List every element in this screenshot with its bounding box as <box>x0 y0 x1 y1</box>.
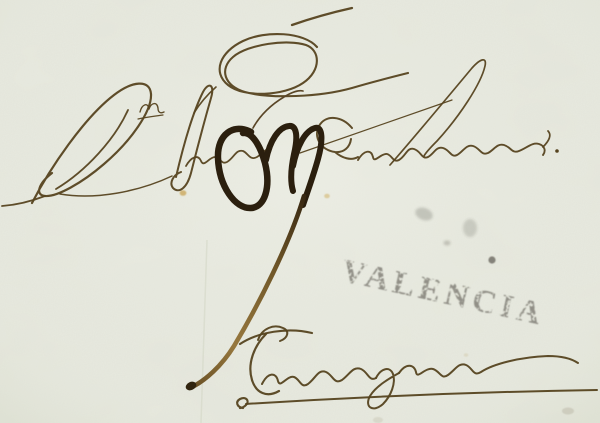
smudge <box>373 417 383 423</box>
period-dot <box>555 149 559 153</box>
postmark-ink-dot <box>488 256 495 263</box>
postmark-remnant-blob <box>444 241 451 246</box>
postmark-remnant-blob <box>463 219 477 237</box>
letter-cover: VALENCIA <box>0 0 600 423</box>
smudge <box>562 408 574 415</box>
ink-stain <box>324 194 330 199</box>
ink-stain <box>464 353 468 357</box>
ink-stain <box>180 190 187 196</box>
